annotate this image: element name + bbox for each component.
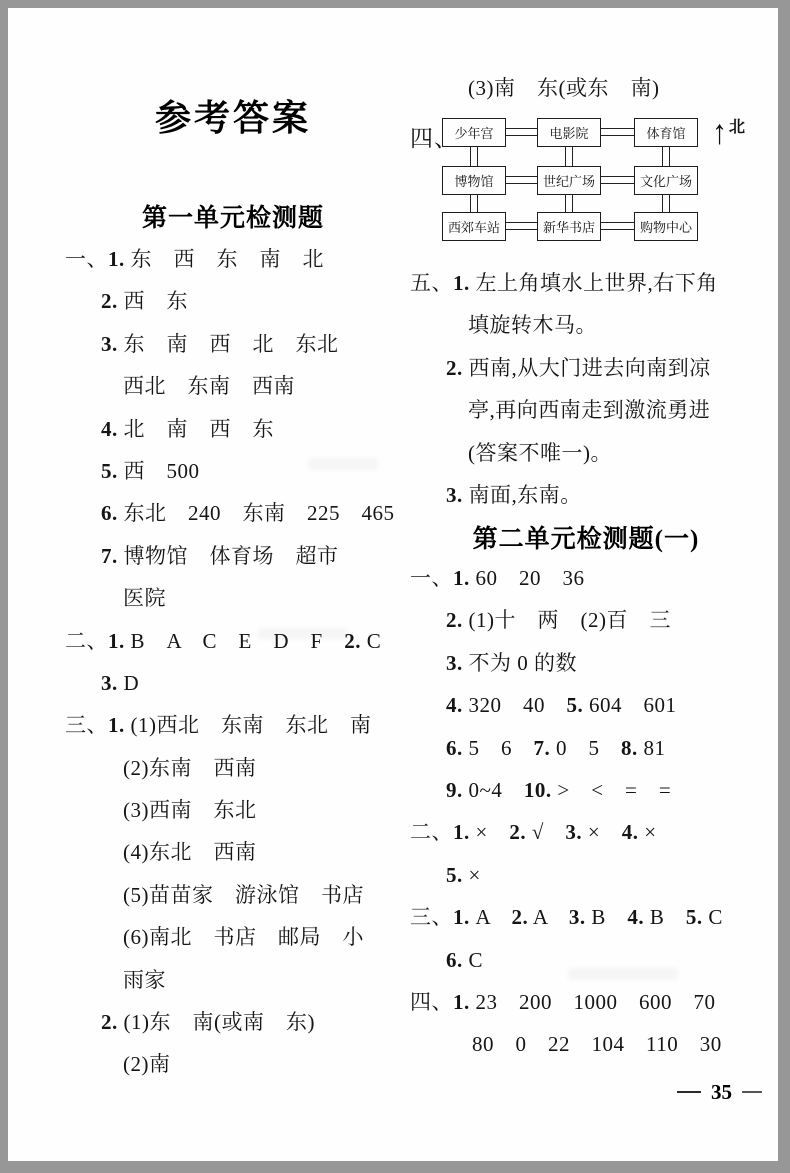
answer-line: 9. 0~4 10. > < = =: [410, 769, 762, 811]
answer-number: 1.: [108, 247, 125, 271]
building-box: 世纪广场: [537, 166, 601, 195]
answer-line: 7. 博物馆 体育场 超市: [65, 535, 401, 577]
map-diagram: 四、 少年宫电影院体育馆博物馆世纪广场文化广场西郊车站新华书店购物中心 ↑ 北: [410, 108, 762, 256]
answer-text: (1)西北 东南 东北 南: [125, 713, 372, 737]
answer-line: 西北 东南 西南: [65, 365, 401, 407]
answer-number: 1.: [453, 990, 470, 1014]
answer-line: (2)东南 西南: [65, 747, 401, 789]
road-vertical: [470, 193, 478, 212]
answer-text: 东 西 东 南 北: [125, 247, 324, 271]
road-horizontal: [599, 176, 634, 184]
answer-number: 4.: [627, 905, 644, 929]
answer-text: (4)东北 西南: [123, 840, 257, 864]
answer-line: 雨家: [65, 959, 401, 1001]
road-horizontal: [599, 222, 634, 230]
building-box: 西郊车站: [442, 212, 506, 241]
answer-number: 5.: [101, 459, 118, 483]
answer-text: ×: [463, 863, 481, 887]
page-number: 35: [677, 1080, 762, 1104]
answer-text: 北 南 西 东: [118, 417, 274, 441]
answer-line: 三、1. A 2. A 3. B 4. B 5. C: [410, 896, 762, 938]
left-column: 参考答案 第一单元检测题 一、1. 东 西 东 南 北2. 西 东3. 东 南 …: [65, 8, 401, 1161]
answer-number: 1.: [453, 820, 470, 844]
answer-number: 7.: [101, 544, 118, 568]
road-vertical: [662, 145, 670, 166]
answer-line: (5)苗苗家 游泳馆 书店: [65, 874, 401, 916]
answer-number: 10.: [524, 778, 552, 802]
answer-text: 东 南 西 北 东北: [118, 332, 339, 356]
answer-line: 一、1. 60 20 36: [410, 557, 762, 599]
road-vertical: [565, 145, 573, 166]
answer-line: 二、1. B A C E D F 2. C: [65, 620, 401, 662]
answer-line: 医院: [65, 577, 401, 619]
answer-line: 亭,再向西南走到激流勇进: [410, 389, 762, 431]
answer-number: 8.: [621, 736, 638, 760]
answer-number: 3.: [569, 905, 586, 929]
answer-line: 4. 北 南 西 东: [65, 408, 401, 450]
answer-line: 3. 不为 0 的数: [410, 642, 762, 684]
carryover-answer-list: (3)南 东(或东 南): [410, 67, 762, 109]
answer-number: 6.: [101, 501, 118, 525]
answer-line: 四、1. 23 200 1000 600 70: [410, 981, 762, 1023]
answer-line: 三、1. (1)西北 东南 东北 南: [65, 704, 401, 746]
question5-answer-list: 五、1. 左上角填水上世界,右下角填旋转木马。2. 西南,从大门进去向南到凉亭,…: [410, 262, 762, 516]
answer-text: 二、: [410, 820, 453, 844]
answer-number: 5.: [686, 905, 703, 929]
answer-line: 6. C: [410, 939, 762, 981]
answer-text: 西北 东南 西南: [123, 374, 295, 398]
answer-text: 医院: [123, 586, 166, 610]
answer-text: 西南,从大门进去向南到凉: [463, 356, 711, 380]
answer-number: 6.: [446, 948, 463, 972]
answer-number: 1.: [108, 713, 125, 737]
answer-text: ×: [638, 820, 656, 844]
answer-number: 2.: [446, 356, 463, 380]
unit1-heading: 第一单元检测题: [65, 198, 401, 234]
answer-text: 0~4: [463, 778, 524, 802]
road-vertical: [470, 145, 478, 166]
answer-number: 3.: [446, 651, 463, 675]
building-box: 博物馆: [442, 166, 506, 195]
answer-text: ×: [582, 820, 622, 844]
answer-number: 2.: [446, 608, 463, 632]
answer-number: 4.: [622, 820, 639, 844]
answer-line: 2. 西南,从大门进去向南到凉: [410, 347, 762, 389]
answer-text: 320 40: [463, 693, 567, 717]
answer-text: 南面,东南。: [463, 483, 582, 507]
answer-text: 左上角填水上世界,右下角: [470, 271, 718, 295]
answer-text: C: [361, 629, 381, 653]
answer-text: √: [526, 820, 565, 844]
answer-line: 五、1. 左上角填水上世界,右下角: [410, 262, 762, 304]
answer-number: 9.: [446, 778, 463, 802]
answer-text: 80 0 22 104 110 30: [472, 1032, 722, 1056]
answer-text: > < = =: [552, 778, 672, 802]
answer-line: 6. 5 6 7. 0 5 8. 81: [410, 727, 762, 769]
answer-text: 五、: [410, 271, 453, 295]
answer-text: (6)南北 书店 邮局 小: [123, 925, 364, 949]
answer-line: (6)南北 书店 邮局 小: [65, 916, 401, 958]
answer-text: (2)南: [123, 1052, 171, 1076]
north-label: 北: [729, 116, 745, 138]
building-box: 新华书店: [537, 212, 601, 241]
answer-text: 西 500: [118, 459, 200, 483]
answer-text: (答案不唯一)。: [468, 441, 612, 465]
right-column: (3)南 东(或东 南) 四、 少年宫电影院体育馆博物馆世纪广场文化广场西郊车站…: [410, 8, 762, 1161]
answer-number: 5.: [446, 863, 463, 887]
answer-number: 4.: [446, 693, 463, 717]
answer-line: 80 0 22 104 110 30: [410, 1023, 762, 1065]
answer-number: 1.: [453, 566, 470, 590]
answer-number: 3.: [446, 483, 463, 507]
answer-number: 2.: [512, 905, 529, 929]
answer-text: 5 6: [463, 736, 534, 760]
unit2-answer-list: 一、1. 60 20 362. (1)十 两 (2)百 三3. 不为 0 的数4…: [410, 557, 762, 1066]
answer-line: (2)南: [65, 1043, 401, 1085]
answer-line: (3)南 东(或东 南): [410, 67, 762, 109]
answer-line: 6. 东北 240 东南 225 465: [65, 492, 401, 534]
answer-text: 东北 240 东南 225 465: [118, 501, 395, 525]
answer-line: 5. ×: [410, 854, 762, 896]
answer-text: 81: [638, 736, 666, 760]
road-horizontal: [504, 128, 537, 136]
answer-line: 3. D: [65, 662, 401, 704]
north-arrow-icon: ↑: [712, 113, 727, 152]
building-box: 体育馆: [634, 118, 698, 147]
building-box: 少年宫: [442, 118, 506, 147]
answer-text: 不为 0 的数: [463, 651, 577, 675]
answer-line: 3. 东 南 西 北 东北: [65, 323, 401, 365]
answer-text: A: [470, 905, 512, 929]
answer-text: 60 20 36: [470, 566, 585, 590]
answer-number: 1.: [108, 629, 125, 653]
north-indicator: ↑ 北: [712, 116, 745, 156]
answer-line: 2. 西 东: [65, 280, 401, 322]
answer-number: 2.: [101, 289, 118, 313]
answer-text: 雨家: [123, 968, 166, 992]
road-horizontal: [504, 176, 537, 184]
answer-number: 4.: [101, 417, 118, 441]
answer-text: (3)南 东(或东 南): [468, 76, 659, 100]
answer-text: 二、: [65, 629, 108, 653]
answer-number: 1.: [453, 905, 470, 929]
answer-line: (答案不唯一)。: [410, 432, 762, 474]
answer-text: (1)东 南(或南 东): [118, 1010, 315, 1034]
answer-text: 一、: [65, 247, 108, 271]
answer-text: (5)苗苗家 游泳馆 书店: [123, 883, 364, 907]
answer-text: 博物馆 体育场 超市: [118, 544, 339, 568]
answer-number: 7.: [534, 736, 551, 760]
answer-line: (3)西南 东北: [65, 789, 401, 831]
answer-line: 一、1. 东 西 东 南 北: [65, 238, 401, 280]
answer-line: (4)东北 西南: [65, 831, 401, 873]
answer-line: 二、1. × 2. √ 3. × 4. ×: [410, 811, 762, 853]
answer-number: 6.: [446, 736, 463, 760]
answer-number: 3.: [101, 671, 118, 695]
answer-text: 604 601: [583, 693, 676, 717]
answer-number: 3.: [101, 332, 118, 356]
answer-line: 5. 西 500: [65, 450, 401, 492]
road-horizontal: [599, 128, 634, 136]
answer-text: 一、: [410, 566, 453, 590]
building-box: 文化广场: [634, 166, 698, 195]
road-vertical: [565, 193, 573, 212]
answer-text: B: [644, 905, 686, 929]
page-number-dash-left: [677, 1091, 701, 1094]
answer-number: 2.: [509, 820, 526, 844]
answer-text: C: [703, 905, 723, 929]
building-grid: 少年宫电影院体育馆博物馆世纪广场文化广场西郊车站新华书店购物中心: [442, 108, 702, 248]
answer-text: 填旋转木马。: [468, 313, 597, 337]
answer-text: (3)西南 东北: [123, 798, 257, 822]
answer-key-page: 参考答案 第一单元检测题 一、1. 东 西 东 南 北2. 西 东3. 东 南 …: [8, 8, 778, 1161]
road-vertical: [662, 193, 670, 212]
unit1-answer-list: 一、1. 东 西 东 南 北2. 西 东3. 东 南 西 北 东北西北 东南 西…: [65, 238, 401, 1086]
road-horizontal: [504, 222, 537, 230]
answer-text: A: [528, 905, 569, 929]
answer-text: 三、: [410, 905, 453, 929]
building-box: 购物中心: [634, 212, 698, 241]
answer-line: 填旋转木马。: [410, 304, 762, 346]
answer-text: ×: [470, 820, 510, 844]
unit2-heading: 第二单元检测题(一): [410, 519, 762, 555]
answer-text: 三、: [65, 713, 108, 737]
building-box: 电影院: [537, 118, 601, 147]
answer-number: 5.: [567, 693, 584, 717]
answer-text: C: [463, 948, 483, 972]
page-title: 参考答案: [65, 90, 401, 141]
answer-line: 3. 南面,东南。: [410, 474, 762, 516]
answer-number: 1.: [453, 271, 470, 295]
page-number-dash-right: [742, 1091, 762, 1094]
answer-line: 2. (1)十 两 (2)百 三: [410, 599, 762, 641]
answer-text: 西 东: [118, 289, 188, 313]
answer-text: 亭,再向西南走到激流勇进: [468, 398, 710, 422]
answer-text: 四、: [410, 990, 453, 1014]
answer-number: 2.: [101, 1010, 118, 1034]
answer-text: (2)东南 西南: [123, 756, 257, 780]
page-number-value: 35: [711, 1080, 732, 1105]
answer-line: 4. 320 40 5. 604 601: [410, 684, 762, 726]
answer-text: B A C E D F: [125, 629, 344, 653]
answer-line: 2. (1)东 南(或南 东): [65, 1001, 401, 1043]
answer-text: B: [586, 905, 628, 929]
answer-text: 0 5: [550, 736, 621, 760]
answer-text: (1)十 两 (2)百 三: [463, 608, 671, 632]
answer-number: 3.: [565, 820, 582, 844]
answer-number: 2.: [344, 629, 361, 653]
answer-text: 23 200 1000 600 70: [470, 990, 716, 1014]
answer-text: D: [118, 671, 139, 695]
